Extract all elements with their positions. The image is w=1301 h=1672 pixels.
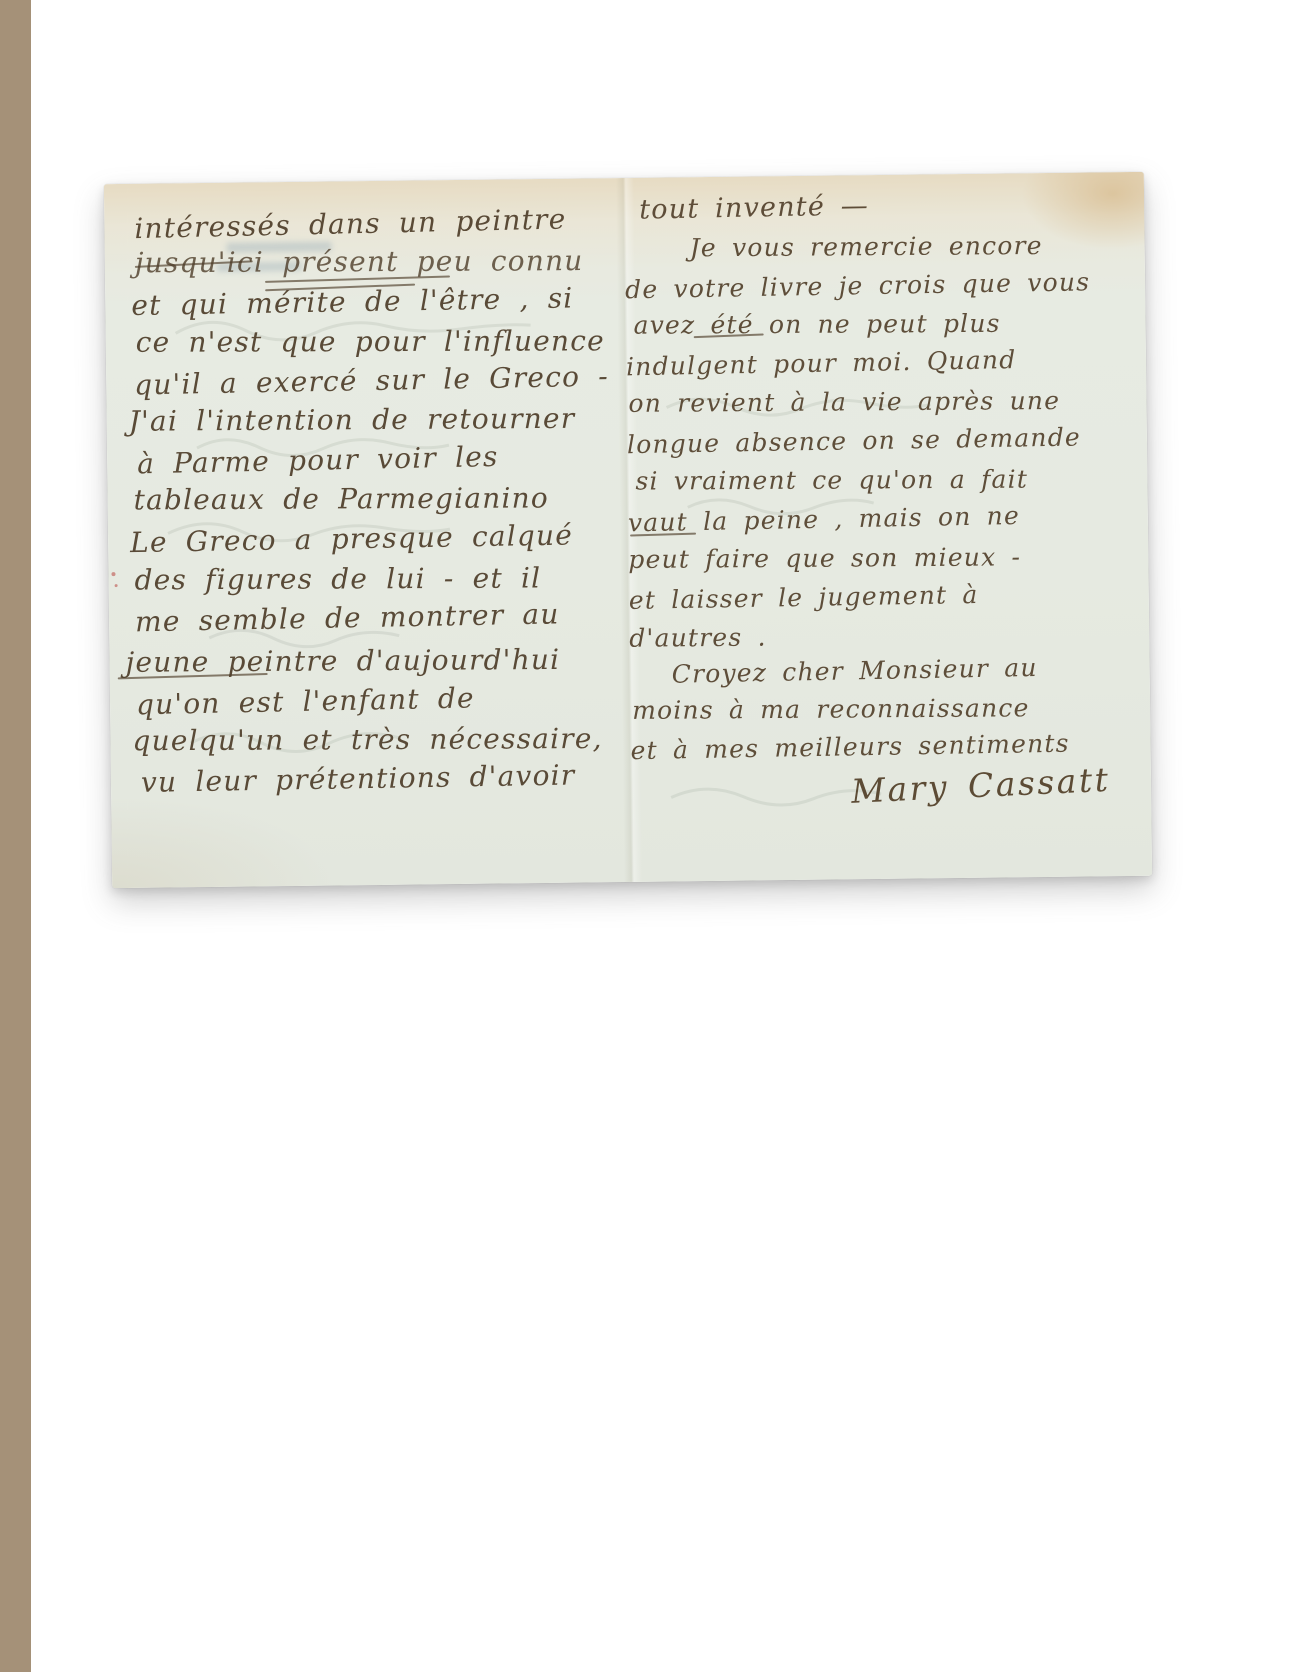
handwritten-line: jeune peintre d'aujourd'hui (125, 643, 560, 679)
handwritten-line: quelqu'un et très nécessaire, (132, 722, 602, 757)
handwritten-line: peut faire que son mieux - (628, 542, 1021, 574)
handwritten-line: avez été on ne peut plus (634, 309, 1001, 340)
handwritten-line: vu leur prétentions d'avoir (141, 759, 576, 799)
signature: Mary Cassatt (850, 760, 1111, 811)
handwritten-line: d'autres . (629, 623, 767, 653)
handwritten-line: intéressés dans un peintre (134, 202, 567, 245)
handwritten-line: de votre livre je crois que vous (625, 267, 1091, 304)
handwritten-line: des figures de lui - et il (134, 561, 541, 596)
handwritten-line: ce n'est que pour l'influence (136, 324, 605, 358)
handwritten-line: Je vous remercie encore (690, 231, 1043, 262)
handwritten-line: et laisser le jugement à (629, 580, 979, 615)
handwritten-line: qu'on est l'enfant de (136, 681, 475, 721)
handwritten-line: J'ai l'intention de retourner (129, 402, 576, 438)
handwritten-line: et à mes meilleurs sentiments (630, 729, 1070, 766)
letter-paper: intéressés dans un peintre jusqu'ici pré… (104, 172, 1152, 888)
handwritten-line: jusqu'ici présent peu connu (135, 244, 584, 279)
handwritten-line: indulgent pour moi. Quand (626, 345, 1017, 381)
handwritten-line: à Parme pour voir les (137, 440, 499, 480)
handwritten-line: si vraiment ce qu'on a fait (635, 465, 1028, 496)
left-margin-stripe (0, 0, 31, 1672)
handwritten-line: longue absence on se demande (627, 422, 1081, 459)
handwritten-line: qu'il a exercé sur le Greco - (134, 360, 609, 402)
handwritten-line: tout inventé — (639, 190, 869, 225)
paper-speck (115, 584, 118, 587)
handwritten-line: Le Greco a presque calqué (130, 518, 573, 559)
handwritten-line: moins à ma reconnaissance (632, 693, 1030, 725)
handwritten-line: me semble de montrer au (135, 597, 560, 638)
paper-speck (111, 572, 115, 576)
handwritten-line: tableaux de Parmegianino (134, 481, 549, 516)
handwritten-line: on revient à la vie après une (628, 386, 1060, 418)
handwritten-line: Croyez cher Monsieur au (671, 653, 1037, 689)
